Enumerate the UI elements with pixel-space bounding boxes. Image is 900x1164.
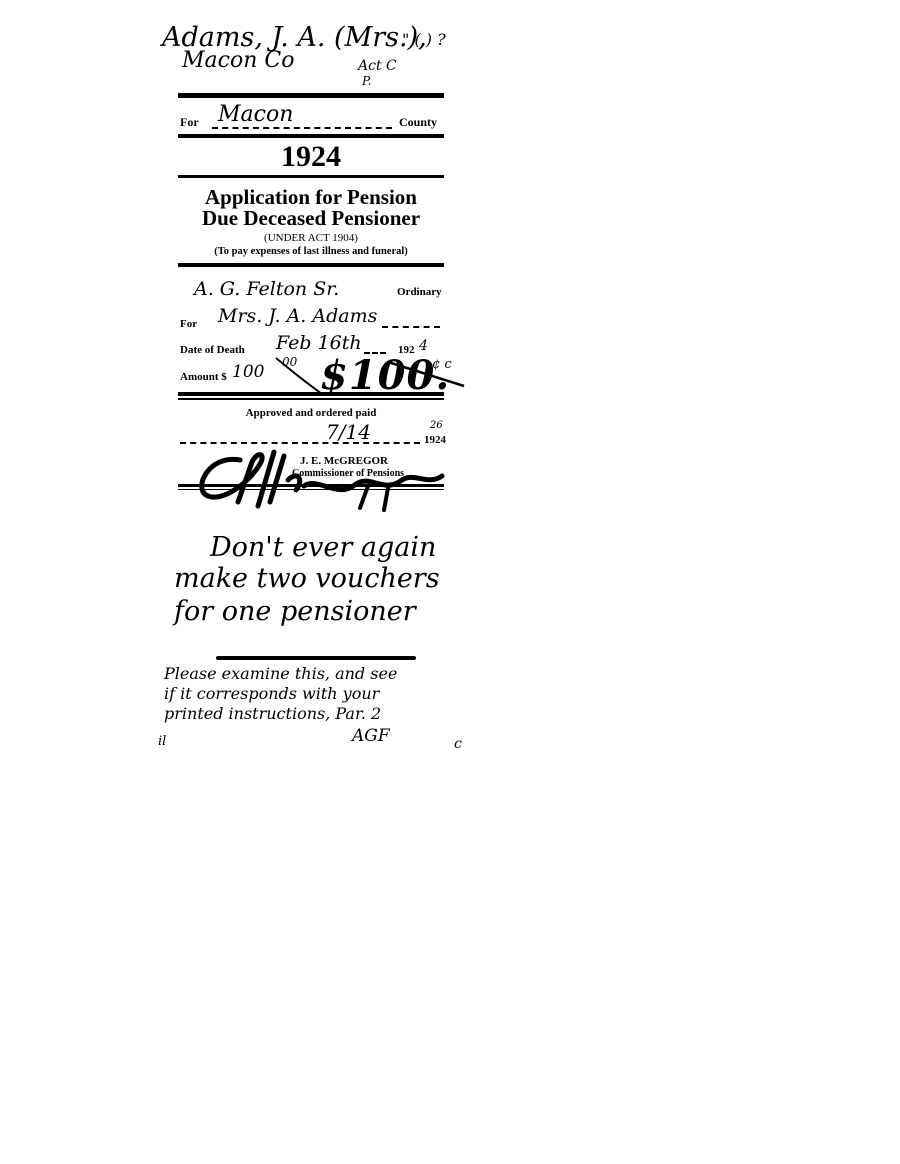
divider-rule xyxy=(178,175,444,178)
instruction-line1: Please examine this, and see xyxy=(164,664,397,683)
hand-drawn-divider xyxy=(216,656,416,660)
divider-rule xyxy=(178,93,444,98)
for-label: For xyxy=(180,115,199,130)
instruction-line2: if it corresponds with your xyxy=(164,684,379,703)
county-blank-line xyxy=(212,127,392,129)
divider-rule xyxy=(178,263,444,267)
pensioner-value: Mrs. J. A. Adams xyxy=(218,305,377,327)
pensioner-blank-line xyxy=(382,326,440,328)
header-corner-marks: " ( ) ? xyxy=(402,30,446,49)
header-county-line: Macon Co xyxy=(182,48,294,73)
form-subtitle-purpose: (To pay expenses of last illness and fun… xyxy=(174,246,448,257)
margin-mark-left: il xyxy=(158,734,166,749)
divider-rule xyxy=(178,392,444,396)
ordinary-value: A. G. Felton Sr. xyxy=(194,278,339,300)
ordinary-label: Ordinary xyxy=(397,286,442,298)
warning-line2: make two vouchers xyxy=(174,563,440,594)
amount-value: 100 xyxy=(232,362,264,382)
date-of-death-value: Feb 16th xyxy=(276,332,362,354)
scanned-document: Adams, J. A. (Mrs.), Macon Co " ( ) ? Ac… xyxy=(0,0,900,1164)
divider-rule xyxy=(178,398,444,400)
form-title-line2: Due Deceased Pensioner xyxy=(170,207,452,229)
divider-rule xyxy=(178,134,444,138)
county-label: County xyxy=(399,115,437,130)
approved-year-overwrite: 26 xyxy=(430,420,443,431)
margin-mark-right: c xyxy=(454,736,462,752)
initials: AGF xyxy=(352,726,390,746)
instruction-line3: printed instructions, Par. 2 xyxy=(164,704,381,723)
for-label-2: For xyxy=(180,318,197,330)
approved-label: Approved and ordered paid xyxy=(178,407,444,419)
warning-line1: Don't ever again xyxy=(210,532,436,563)
county-value: Macon xyxy=(218,102,293,127)
date-of-death-label: Date of Death xyxy=(180,344,245,356)
form-year: 1924 xyxy=(178,140,444,174)
warning-line3: for one pensioner xyxy=(174,596,416,627)
form-subtitle-act: (UNDER ACT 1904) xyxy=(178,232,444,244)
header-act-note: Act C xyxy=(358,58,397,74)
form-title-line1: Application for Pension xyxy=(170,186,452,208)
commissioner-signature xyxy=(188,440,450,512)
amount-label: Amount $ xyxy=(180,371,227,383)
header-act-note-sub: P. xyxy=(362,74,371,88)
